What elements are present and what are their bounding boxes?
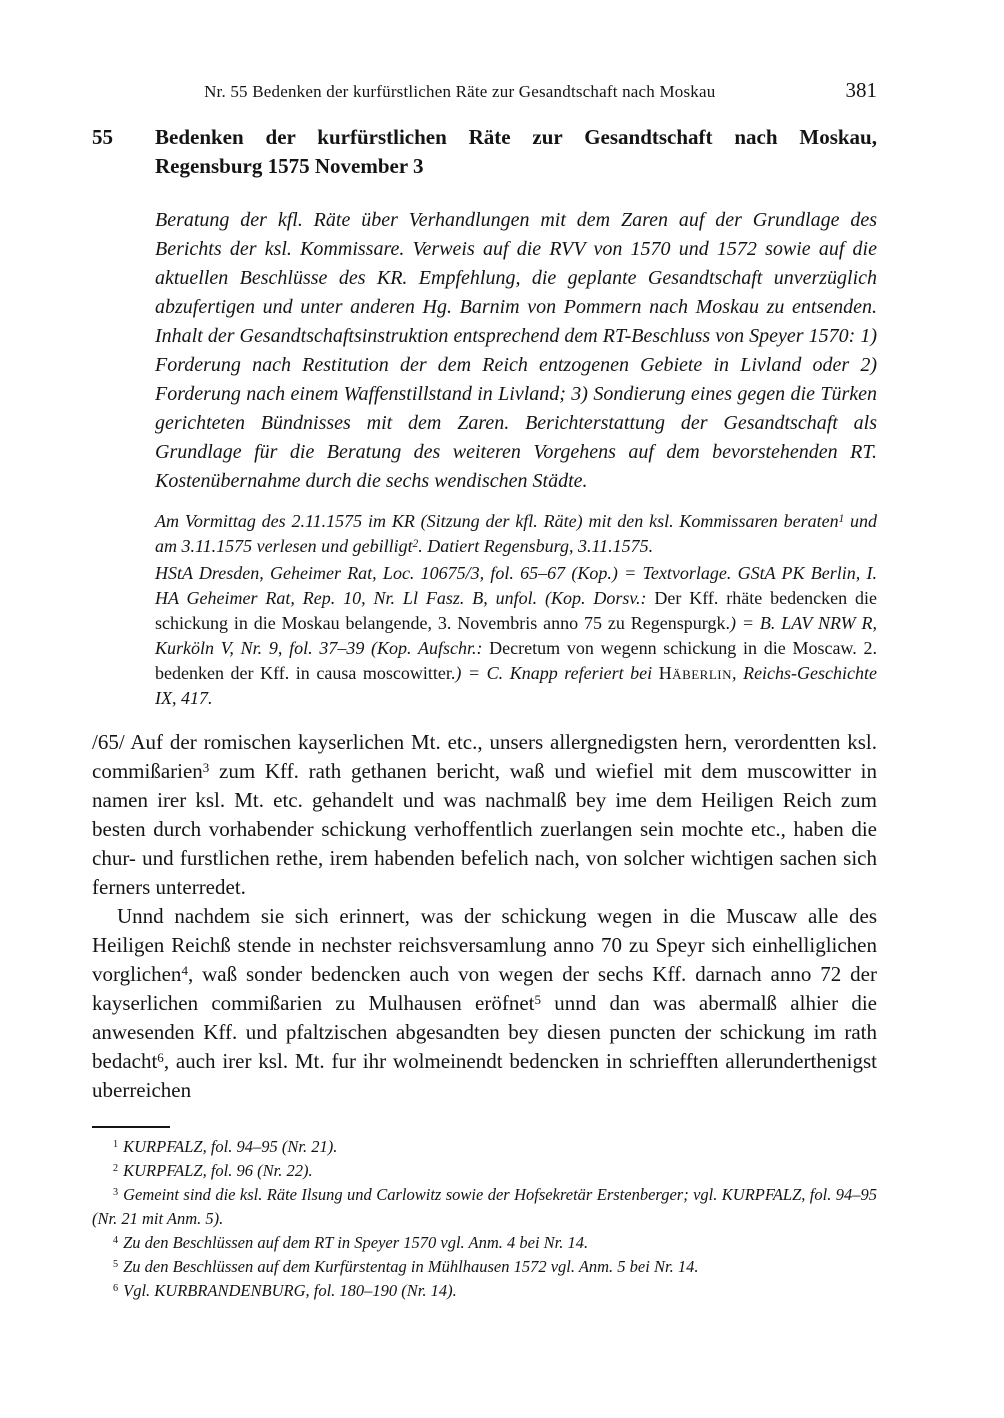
footnote-ref-4: 4	[181, 963, 188, 978]
footnote-2-marker: 2	[113, 1163, 118, 1174]
footnote-1: 1KURPFALZ, fol. 94–95 (Nr. 21).	[92, 1135, 877, 1159]
footnote-ref-6: 6	[157, 1050, 164, 1065]
document-title-line-1: Bedenken der kurfürstlichen Räte zur Ges…	[155, 123, 877, 152]
running-head: Nr. 55 Bedenken der kurfürstlichen Räte …	[92, 80, 877, 102]
protocol-note: Am Vormittag des 2.11.1575 im KR (Sitzun…	[155, 509, 877, 559]
footnote-separator-rule	[92, 1126, 170, 1128]
book-page: Nr. 55 Bedenken der kurfürstlichen Räte …	[0, 0, 1004, 1418]
body-p2-seg-3: , auch irer ksl. Mt. fur ihr wolmeinendt…	[92, 1049, 877, 1102]
footnote-3: 3Gemeint sind die ksl. Räte Ilsung und C…	[92, 1183, 877, 1231]
footnote-1-marker: 1	[113, 1139, 118, 1150]
footnote-6-marker: 6	[113, 1283, 118, 1294]
source-author-haeberlin: Häberlin	[659, 663, 732, 683]
summary-regest: Beratung der kfl. Räte über Verhandlunge…	[155, 206, 877, 496]
footnote-6-text: Vgl. KURBRANDENBURG, fol. 180–190 (Nr. 1…	[123, 1281, 457, 1300]
footnote-5-marker: 5	[113, 1259, 118, 1270]
footnote-6: 6Vgl. KURBRANDENBURG, fol. 180–190 (Nr. …	[92, 1279, 877, 1303]
body-p1-seg-1: zum Kff. rath gethanen bericht, waß und …	[92, 759, 877, 899]
footnote-4-text: Zu den Beschlüssen auf dem RT in Speyer …	[123, 1233, 588, 1252]
footnote-2: 2KURPFALZ, fol. 96 (Nr. 22).	[92, 1159, 877, 1183]
body-paragraph-2: Unnd nachdem sie sich erinnert, was der …	[92, 902, 877, 1105]
footnote-5: 5Zu den Beschlüssen auf dem Kurfürstenta…	[92, 1255, 877, 1279]
footnote-2-text: KURPFALZ, fol. 96 (Nr. 22).	[123, 1161, 312, 1180]
footnote-1-text: KURPFALZ, fol. 94–95 (Nr. 21).	[123, 1137, 337, 1156]
document-number: 55	[92, 123, 155, 181]
source-note: HStA Dresden, Geheimer Rat, Loc. 10675/3…	[155, 561, 877, 711]
footnote-ref-5: 5	[534, 992, 541, 1007]
footnote-4: 4Zu den Beschlüssen auf dem RT in Speyer…	[92, 1231, 877, 1255]
footnote-ref-2: 2	[413, 538, 419, 550]
page-number: 381	[846, 80, 878, 100]
footnote-ref-1: 1	[839, 513, 845, 525]
footnote-5-text: Zu den Beschlüssen auf dem Kurfürstentag…	[123, 1257, 698, 1276]
protocol-seg-2: . Datiert Regensburg, 3.11.1575.	[418, 536, 653, 556]
footnote-ref-3: 3	[203, 760, 210, 775]
protocol-seg-0: Am Vormittag des 2.11.1575 im KR (Sitzun…	[155, 511, 839, 531]
transcription-body: /65/ Auf der romischen kayserlichen Mt. …	[92, 728, 877, 1105]
document-heading: 55 Bedenken der kurfürstlichen Räte zur …	[92, 123, 877, 181]
footnote-section: 1KURPFALZ, fol. 94–95 (Nr. 21). 2KURPFAL…	[92, 1126, 877, 1303]
footnote-3-marker: 3	[113, 1187, 118, 1198]
footnote-4-marker: 4	[113, 1235, 118, 1246]
body-paragraph-1: /65/ Auf der romischen kayserlichen Mt. …	[92, 728, 877, 902]
running-head-title: Nr. 55 Bedenken der kurfürstlichen Räte …	[92, 82, 828, 102]
footnote-3-text: Gemeint sind die ksl. Räte Ilsung und Ca…	[92, 1185, 877, 1228]
document-title-line-2: Regensburg 1575 November 3	[155, 152, 877, 181]
source-seg-2: ) = C. Knapp referiert bei	[455, 663, 658, 683]
document-title: Bedenken der kurfürstlichen Räte zur Ges…	[155, 123, 877, 181]
